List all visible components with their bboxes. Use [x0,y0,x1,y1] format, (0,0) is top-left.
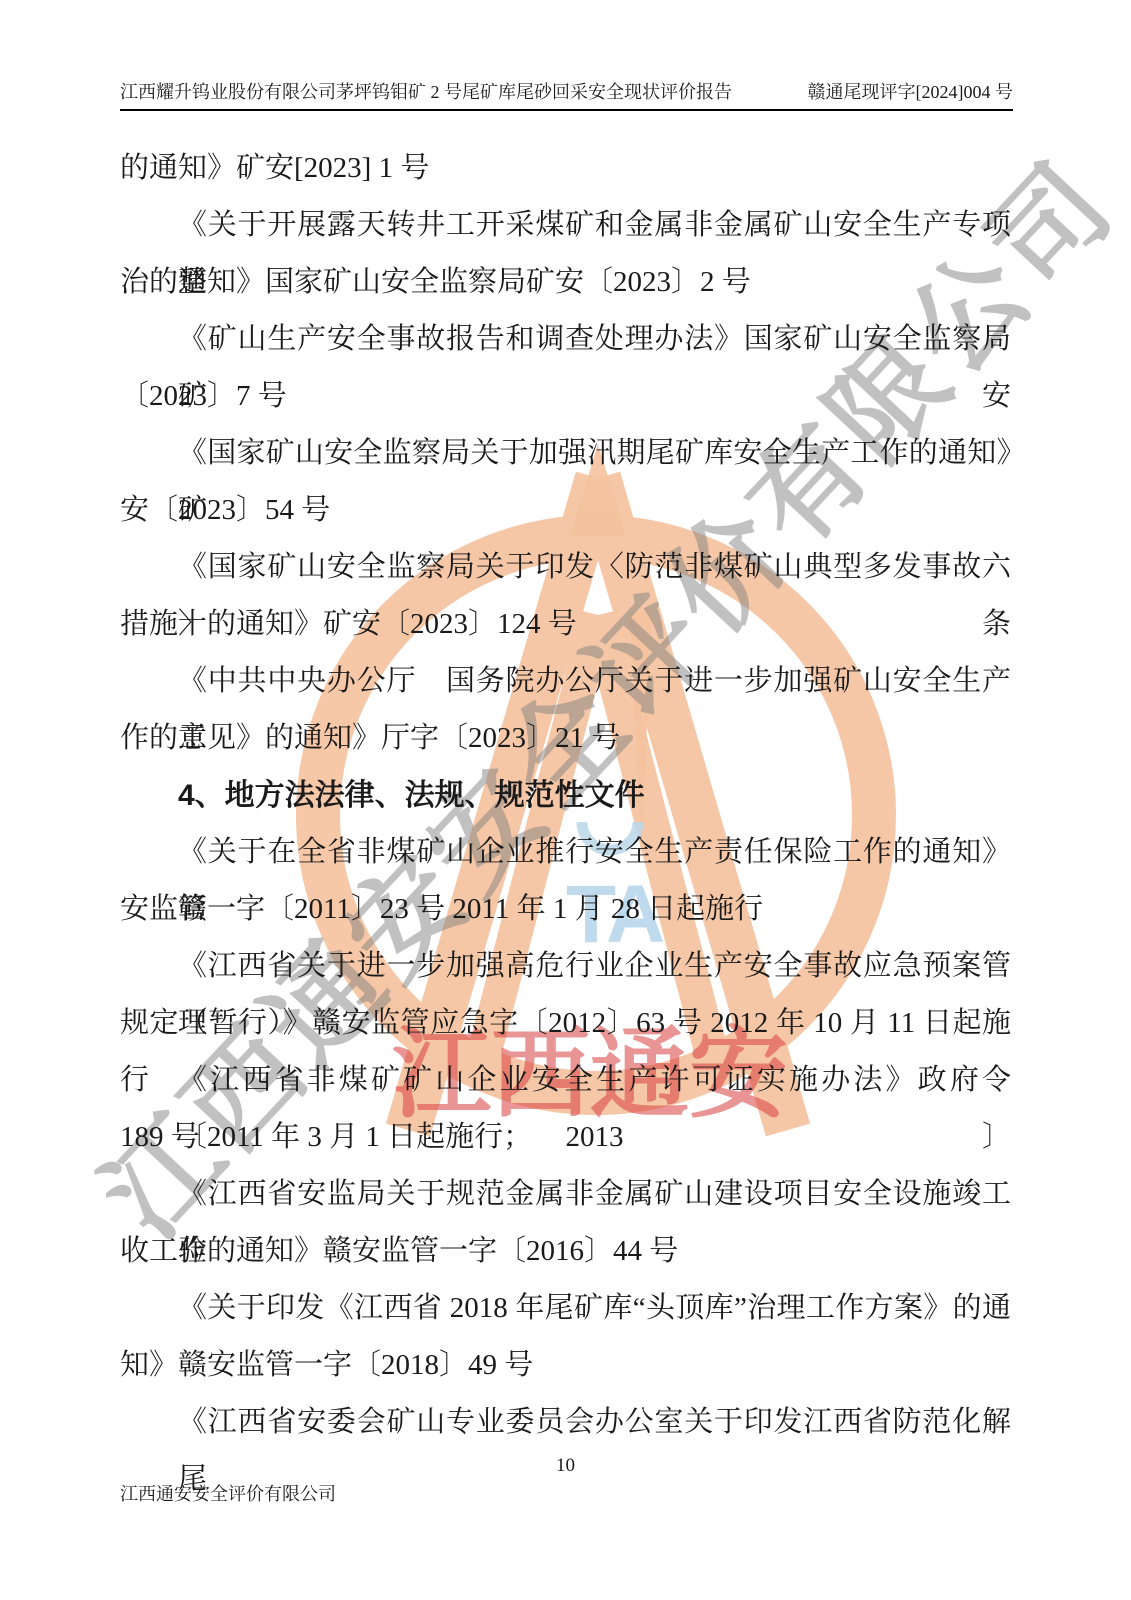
page-number: 10 [0,1455,1131,1477]
body-line: 安〔2023〕54 号 [120,482,1011,539]
body-line: 治的通知》国家矿山安全监察局矿安〔2023〕2 号 [120,254,1011,311]
header-document-number: 赣通尾现评字[2024]004 号 [808,80,1014,104]
section-heading: 4、地方法法律、法规、规范性文件 [120,767,1011,824]
body-line: 《矿山生产安全事故报告和调查处理办法》国家矿山安全监察局矿安 [120,311,1011,368]
body-line: 《国家矿山安全监察局关于印发〈防范非煤矿山典型多发事故六十条 [120,539,1011,596]
body-line: 《江西省关于进一步加强高危行业企业生产安全事故应急预案管理 [120,938,1011,995]
body-line: 《中共中央办公厅 国务院办公厅关于进一步加强矿山安全生产工 [120,653,1011,710]
header-report-title: 江西耀升钨业股份有限公司茅坪钨钼矿 2 号尾矿库尾砂回采安全现状评价报告 [120,80,732,104]
body-line: 的通知》矿安[2023] 1 号 [120,140,1011,197]
header-divider [120,109,1013,111]
body-line: 《江西省安监局关于规范金属非金属矿山建设项目安全设施竣工验 [120,1166,1011,1223]
footer-company-name: 江西通安安全评价有限公司 [120,1480,336,1506]
body-text: 的通知》矿安[2023] 1 号《关于开展露天转井工开采煤矿和金属非金属矿山安全… [120,140,1011,1451]
page-header: 江西耀升钨业股份有限公司茅坪钨钼矿 2 号尾矿库尾砂回采安全现状评价报告 赣通尾… [120,80,1013,104]
body-line: 《国家矿山安全监察局关于加强汛期尾矿库安全生产工作的通知》矿 [120,425,1011,482]
body-line: 收工作的通知》赣安监管一字〔2016〕44 号 [120,1223,1011,1280]
body-line: 知》赣安监管一字〔2018〕49 号 [120,1337,1011,1394]
body-line: 规定（暂行）》赣安监管应急字〔2012〕63 号 2012 年 10 月 11 … [120,995,1011,1052]
body-line: 《江西省非煤矿矿山企业安全生产许可证实施办法》政府令〔2013〕 [120,1052,1011,1109]
body-line: 作的意见》的通知》厅字〔2023〕21 号 [120,710,1011,767]
body-line: 《江西省安委会矿山专业委员会办公室关于印发江西省防范化解尾 [120,1394,1011,1451]
body-line: 安监管一字〔2011〕23 号 2011 年 1 月 28 日起施行 [120,881,1011,938]
document-page: TA 江西通安安全评价有限公司 江西通安 江西耀升钨业股份有限公司茅坪钨钼矿 2… [0,0,1131,1600]
body-line: 《关于在全省非煤矿山企业推行安全生产责任保险工作的通知》赣 [120,824,1011,881]
body-line: 《关于开展露天转井工开采煤矿和金属非金属矿山安全生产专项整 [120,197,1011,254]
body-line: 《关于印发《江西省 2018 年尾矿库“头顶库”治理工作方案》的通 [120,1280,1011,1337]
